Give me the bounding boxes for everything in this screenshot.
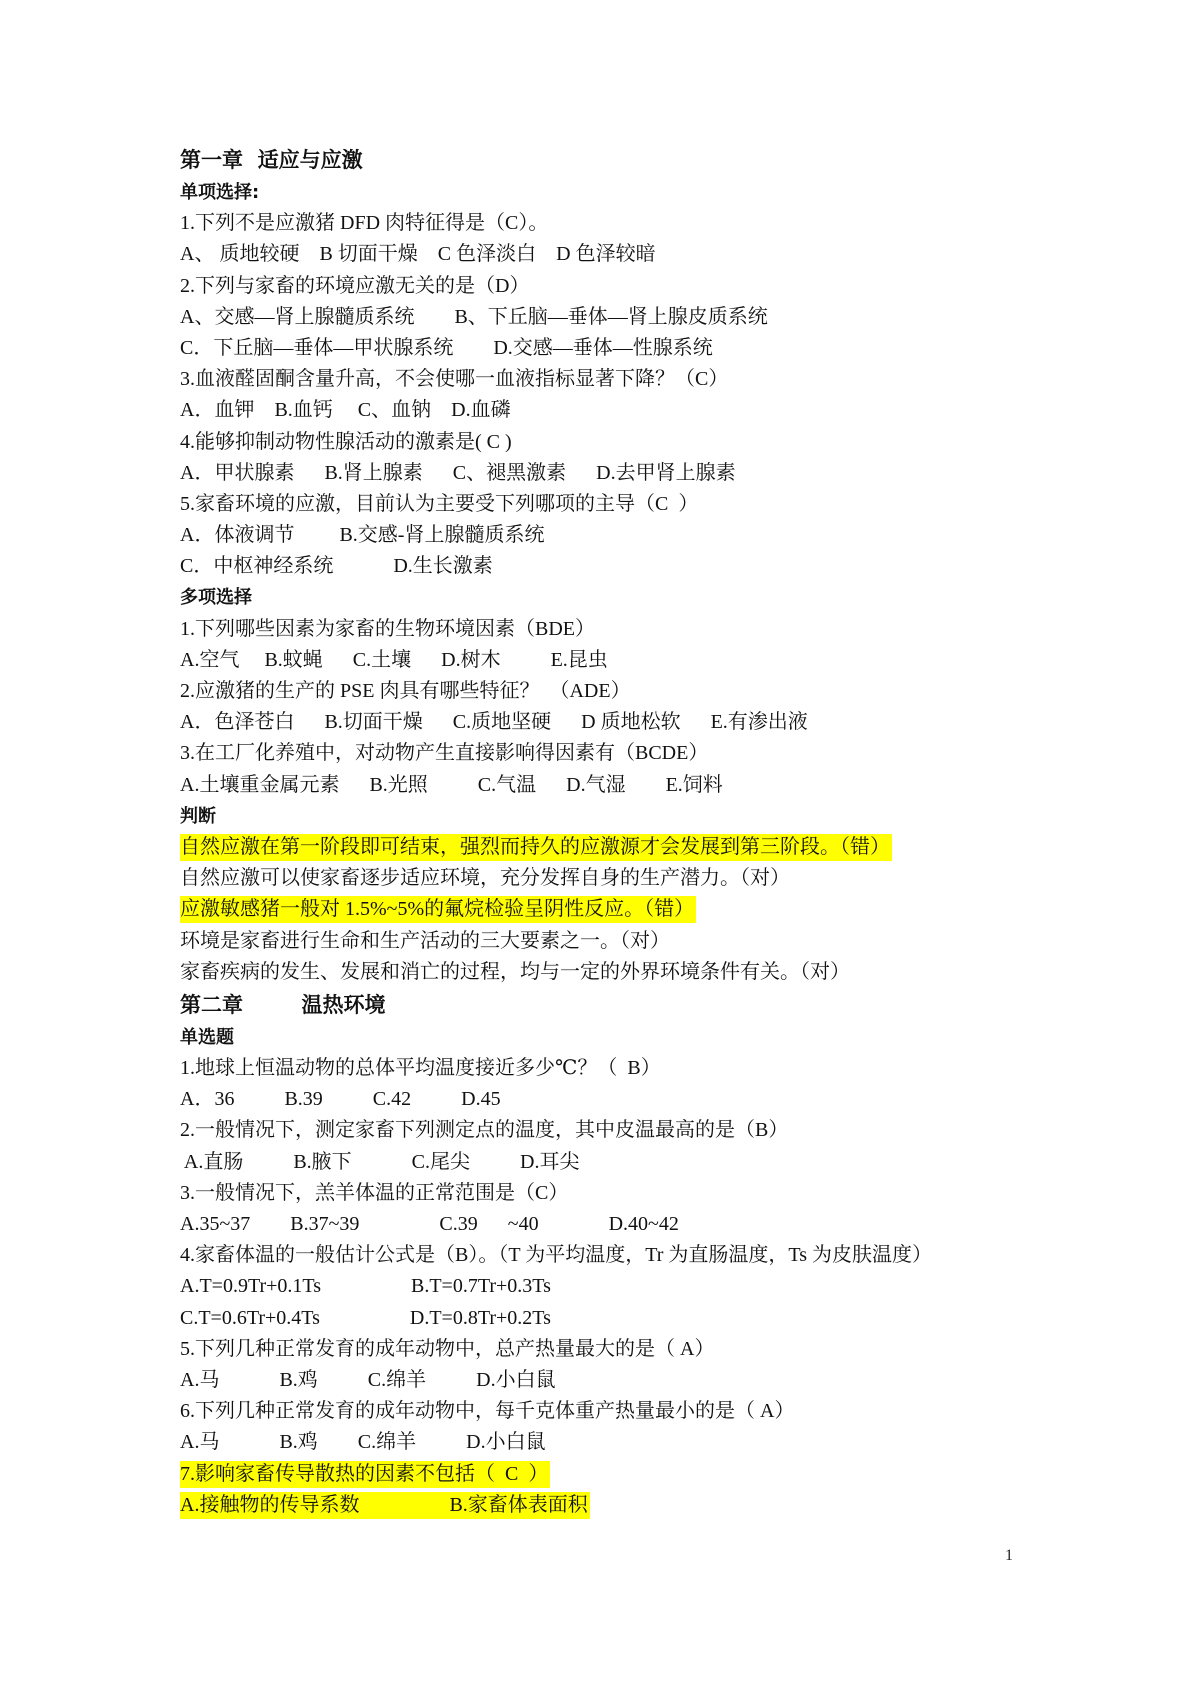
answer-options: A.土壤重金属元素 B.光照 C.气温 D.气湿 E.饲料: [180, 770, 1040, 801]
line-text: A.T=0.9Tr+0.1Ts B.T=0.7Tr+0.3Ts: [180, 1273, 553, 1300]
answer-options: C．中枢神经系统 D.生长激素: [180, 551, 1040, 582]
question-text: 1.地球上恒温动物的总体平均温度接近多少℃？（ B）: [180, 1053, 1040, 1084]
question-text: 5.家畜环境的应激，目前认为主要受下列哪项的主导（C ）: [180, 489, 1040, 520]
question-text: 6.下列几种正常发育的成年动物中，每千克体重产热量最小的是（ A）: [180, 1396, 1040, 1427]
line-text: 第二章 温热环境: [180, 992, 388, 1019]
line-text: 自然应激可以使家畜逐步适应环境，充分发挥自身的生产潜力。（对）: [180, 865, 792, 892]
line-text: 5.下列几种正常发育的成年动物中，总产热量最大的是（ A）: [180, 1336, 716, 1363]
line-text: A．血钾 B.血钙 C、血钠 D.血磷: [180, 397, 513, 424]
answer-options: A.T=0.9Tr+0.1Ts B.T=0.7Tr+0.3Ts: [180, 1271, 1040, 1302]
answer-options: A.马 B.鸡 C.绵羊 D.小白鼠: [180, 1427, 1040, 1458]
line-text: 4.家畜体温的一般估计公式是（B）。（T 为平均温度，Tr 为直肠温度，Ts 为…: [180, 1242, 934, 1269]
document-page: 第一章 适应与应激单项选择:1.下列不是应激猪 DFD 肉特征得是（C）。A、 …: [0, 0, 1190, 1683]
line-text: 5.家畜环境的应激，目前认为主要受下列哪项的主导（C ）: [180, 491, 700, 518]
line-text: 自然应激在第一阶段即可结束，强烈而持久的应激源才会发展到第三阶段。（错）: [180, 834, 892, 861]
line-text: A．36 B.39 C.42 D.45: [180, 1086, 503, 1113]
answer-options: A.直肠 B.腋下 C.尾尖 D.耳尖: [180, 1147, 1040, 1178]
line-text: 1.下列哪些因素为家畜的生物环境因素（BDE）: [180, 616, 597, 643]
line-text: 3.在工厂化养殖中，对动物产生直接影响得因素有（BCDE）: [180, 740, 710, 767]
line-text: A、交感—肾上腺髓质系统 B、下丘脑—垂体—肾上腺皮质系统: [180, 304, 770, 331]
section-heading: 单项选择:: [180, 177, 1040, 208]
line-text: A．体液调节 B.交感-肾上腺髓质系统: [180, 522, 546, 549]
line-text: 2.一般情况下，测定家畜下列测定点的温度，其中皮温最高的是（B）: [180, 1117, 790, 1144]
judgment-statement-highlighted: 应激敏感猪一般对 1.5%~5%的氟烷检验呈阴性反应。（错）: [180, 894, 1040, 925]
section-heading: 判断: [180, 801, 1040, 832]
question-text-highlighted: 7.影响家畜传导散热的因素不包括（ C ）: [180, 1459, 1040, 1490]
judgment-statement: 环境是家畜进行生命和生产活动的三大要素之一。（对）: [180, 926, 1040, 957]
line-text: C．中枢神经系统 D.生长激素: [180, 553, 495, 580]
answer-options: C．下丘脑—垂体—甲状腺系统 D.交感—垂体—性腺系统: [180, 333, 1040, 364]
question-text: 4.能够抑制动物性腺活动的激素是( C ): [180, 427, 1040, 458]
answer-options: A.马 B.鸡 C.绵羊 D.小白鼠: [180, 1365, 1040, 1396]
answer-options: A．体液调节 B.交感-肾上腺髓质系统: [180, 520, 1040, 551]
section-heading: 单选题: [180, 1022, 1040, 1053]
question-text: 3.一般情况下，羔羊体温的正常范围是（C）: [180, 1178, 1040, 1209]
line-text: 2.下列与家畜的环境应激无关的是（D）: [180, 273, 531, 300]
document-body: 第一章 适应与应激单项选择:1.下列不是应激猪 DFD 肉特征得是（C）。A、 …: [180, 143, 1040, 1521]
answer-options: A．甲状腺素 B.肾上腺素 C、褪黑激素 D.去甲肾上腺素: [180, 458, 1040, 489]
chapter-heading: 第二章 温热环境: [180, 988, 1040, 1022]
line-text: A、 质地较硬 B 切面干燥 C 色泽淡白 D 色泽较暗: [180, 241, 658, 268]
answer-options: A、 质地较硬 B 切面干燥 C 色泽淡白 D 色泽较暗: [180, 239, 1040, 270]
line-text: 判断: [180, 803, 218, 830]
chapter-heading: 第一章 适应与应激: [180, 143, 1040, 177]
line-text: 第一章 适应与应激: [180, 147, 365, 174]
line-text: A.直肠 B.腋下 C.尾尖 D.耳尖: [180, 1149, 581, 1176]
line-text: 7.影响家畜传导散热的因素不包括（ C ）: [180, 1461, 550, 1488]
question-text: 2.应激猪的生产的 PSE 肉具有哪些特征？ （ADE）: [180, 676, 1040, 707]
line-text: 应激敏感猪一般对 1.5%~5%的氟烷检验呈阴性反应。（错）: [180, 896, 696, 923]
answer-options: A、交感—肾上腺髓质系统 B、下丘脑—垂体—肾上腺皮质系统: [180, 302, 1040, 333]
answer-options: A．血钾 B.血钙 C、血钠 D.血磷: [180, 395, 1040, 426]
answer-options: C.T=0.6Tr+0.4Ts D.T=0.8Tr+0.2Ts: [180, 1303, 1040, 1334]
line-text: A.土壤重金属元素 B.光照 C.气温 D.气湿 E.饲料: [180, 772, 725, 799]
question-text: 2.一般情况下，测定家畜下列测定点的温度，其中皮温最高的是（B）: [180, 1115, 1040, 1146]
question-text: 5.下列几种正常发育的成年动物中，总产热量最大的是（ A）: [180, 1334, 1040, 1365]
line-text: 4.能够抑制动物性腺活动的激素是( C ): [180, 429, 514, 456]
line-text: A.空气 B.蚊蝇 C.土壤 D.树木 E.昆虫: [180, 647, 610, 674]
line-text: 家畜疾病的发生、发展和消亡的过程，均与一定的外界环境条件有关。（对）: [180, 959, 852, 986]
page-number: 1: [1005, 1547, 1013, 1565]
line-text: A．色泽苍白 B.切面干燥 C.质地坚硬 D 质地松软 E.有渗出液: [180, 709, 810, 736]
line-text: 3.血液醛固酮含量升高，不会使哪一血液指标显著下降？（C）: [180, 366, 730, 393]
line-text: 6.下列几种正常发育的成年动物中，每千克体重产热量最小的是（ A）: [180, 1398, 796, 1425]
line-text: 2.应激猪的生产的 PSE 肉具有哪些特征？ （ADE）: [180, 678, 633, 705]
line-text: A.接触物的传导系数 B.家畜体表面积: [180, 1492, 590, 1519]
line-text: C.T=0.6Tr+0.4Ts D.T=0.8Tr+0.2Ts: [180, 1305, 553, 1332]
question-text: 3.在工厂化养殖中，对动物产生直接影响得因素有（BCDE）: [180, 738, 1040, 769]
judgment-statement: 自然应激可以使家畜逐步适应环境，充分发挥自身的生产潜力。（对）: [180, 863, 1040, 894]
section-heading: 多项选择: [180, 582, 1040, 613]
line-text: 1.下列不是应激猪 DFD 肉特征得是（C）。: [180, 210, 550, 237]
line-text: 单选题: [180, 1024, 236, 1051]
line-text: A.马 B.鸡 C.绵羊 D.小白鼠: [180, 1367, 558, 1394]
line-text: A.35~37 B.37~39 C.39 ~40 D.40~42: [180, 1211, 681, 1238]
question-text: 1.下列不是应激猪 DFD 肉特征得是（C）。: [180, 208, 1040, 239]
question-text: 3.血液醛固酮含量升高，不会使哪一血液指标显著下降？（C）: [180, 364, 1040, 395]
question-text: 2.下列与家畜的环境应激无关的是（D）: [180, 271, 1040, 302]
line-text: A．甲状腺素 B.肾上腺素 C、褪黑激素 D.去甲肾上腺素: [180, 460, 738, 487]
line-text: 环境是家畜进行生命和生产活动的三大要素之一。（对）: [180, 928, 672, 955]
question-text: 1.下列哪些因素为家畜的生物环境因素（BDE）: [180, 614, 1040, 645]
answer-options-highlighted: A.接触物的传导系数 B.家畜体表面积: [180, 1490, 1040, 1521]
line-text: A.马 B.鸡 C.绵羊 D.小白鼠: [180, 1429, 548, 1456]
question-text: 4.家畜体温的一般估计公式是（B）。（T 为平均温度，Tr 为直肠温度，Ts 为…: [180, 1240, 1040, 1271]
line-text: C．下丘脑—垂体—甲状腺系统 D.交感—垂体—性腺系统: [180, 335, 715, 362]
judgment-statement: 家畜疾病的发生、发展和消亡的过程，均与一定的外界环境条件有关。（对）: [180, 957, 1040, 988]
line-text: 3.一般情况下，羔羊体温的正常范围是（C）: [180, 1180, 570, 1207]
answer-options: A.35~37 B.37~39 C.39 ~40 D.40~42: [180, 1209, 1040, 1240]
answer-options: A．36 B.39 C.42 D.45: [180, 1084, 1040, 1115]
answer-options: A.空气 B.蚊蝇 C.土壤 D.树木 E.昆虫: [180, 645, 1040, 676]
judgment-statement-highlighted: 自然应激在第一阶段即可结束，强烈而持久的应激源才会发展到第三阶段。（错）: [180, 832, 1040, 863]
answer-options: A．色泽苍白 B.切面干燥 C.质地坚硬 D 质地松软 E.有渗出液: [180, 707, 1040, 738]
line-text: 多项选择: [180, 584, 254, 611]
line-text: 1.地球上恒温动物的总体平均温度接近多少℃？（ B）: [180, 1055, 663, 1082]
line-text: 单项选择:: [180, 179, 261, 206]
